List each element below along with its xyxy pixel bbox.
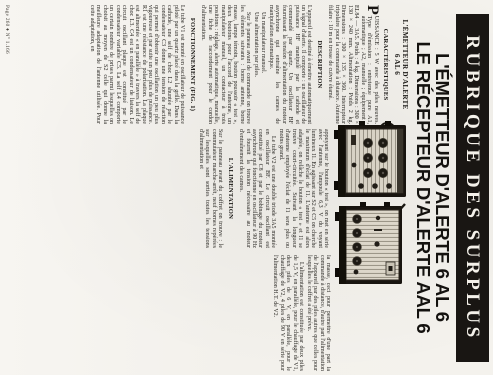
text-column-3: la masse, ceci pour permettre d'une part… (231, 255, 331, 371)
dropcap-letter: P (366, 5, 379, 15)
emitter-photo-illustration (331, 121, 411, 202)
rubrique-banner: RUBRIQUE DES SURPLUS (456, 14, 489, 362)
column1-subhead-line2: 6 AL 6 (393, 5, 401, 124)
paper-sheet: RUBRIQUE DES SURPLUS L'ÉMETTEUR D'ALERTE… (0, 0, 493, 375)
emitter-photo (331, 121, 411, 202)
heading-fonctionnement: FONCTIONNEMENT (FIG. 1) (188, 5, 194, 124)
paragraph-description-3: Une alimentation par piles. (252, 5, 258, 124)
rubrique-banner-text: RUBRIQUE DES SURPLUS (462, 35, 484, 340)
paragraph-caracteristiques: PUISSANCE : 5 W avec des piles neuves. T… (327, 5, 379, 124)
paragraph-description-4: Sur le panneau avant de commande on trou… (200, 5, 252, 124)
paragraph-tube-v2: Le tube V2 est une double triode 3A5 mon… (238, 129, 277, 248)
column1-subhead-line1: L'ÉMETTEUR D'ALERTE (401, 5, 409, 124)
paragraph-fonctionnement: Le tube V1 est monté en oscillateur de p… (89, 5, 186, 124)
heading-description: DESCRIPTION (315, 5, 321, 124)
page-footer: Page 260 ♦ N° 1.166 (4, 5, 10, 54)
paragraph-description-1: L'appareil est destiné à émettre automat… (267, 5, 312, 124)
article-title-emitter: L'ÉMETTEUR D'ALERTE 6 AL 6 (431, 0, 453, 375)
article-title-receiver: LE RÉCEPTEUR D'ALERTE AAL 6 (412, 0, 434, 375)
heading-alimentation: L'ALIMENTATION (226, 129, 232, 248)
receiver-photo-illustration (331, 202, 408, 288)
paragraph-panneau-coffret: Sur le panneau avant du coffret on trouv… (197, 129, 223, 248)
heading-caracteristiques: CARACTÉRISTIQUES (382, 5, 388, 124)
text-column-1: L'ÉMETTEUR D'ALERTE 6 AL 6 CARACTÉRISTIQ… (6, 5, 409, 124)
text-column-2: appuyant sur le bouton « test », on met … (129, 129, 329, 248)
paragraph-masse-commande: la masse, ceci pour permettre d'une part… (305, 255, 331, 371)
paragraph-description-2: Un manipulateur manuel. (260, 5, 266, 124)
paragraph-antenna-test: appuyant sur le bouton « test », on met … (277, 129, 329, 248)
paragraph-piles: L'alimentation est constituée par deux p… (272, 255, 304, 371)
receiver-photo (331, 202, 408, 288)
paragraph-caracteristiques-text: UISSANCE : 5 W avec des piles neuves. Ty… (327, 5, 378, 124)
scanned-magazine-page: RUBRIQUE DES SURPLUS L'ÉMETTEUR D'ALERTE… (0, 0, 493, 375)
